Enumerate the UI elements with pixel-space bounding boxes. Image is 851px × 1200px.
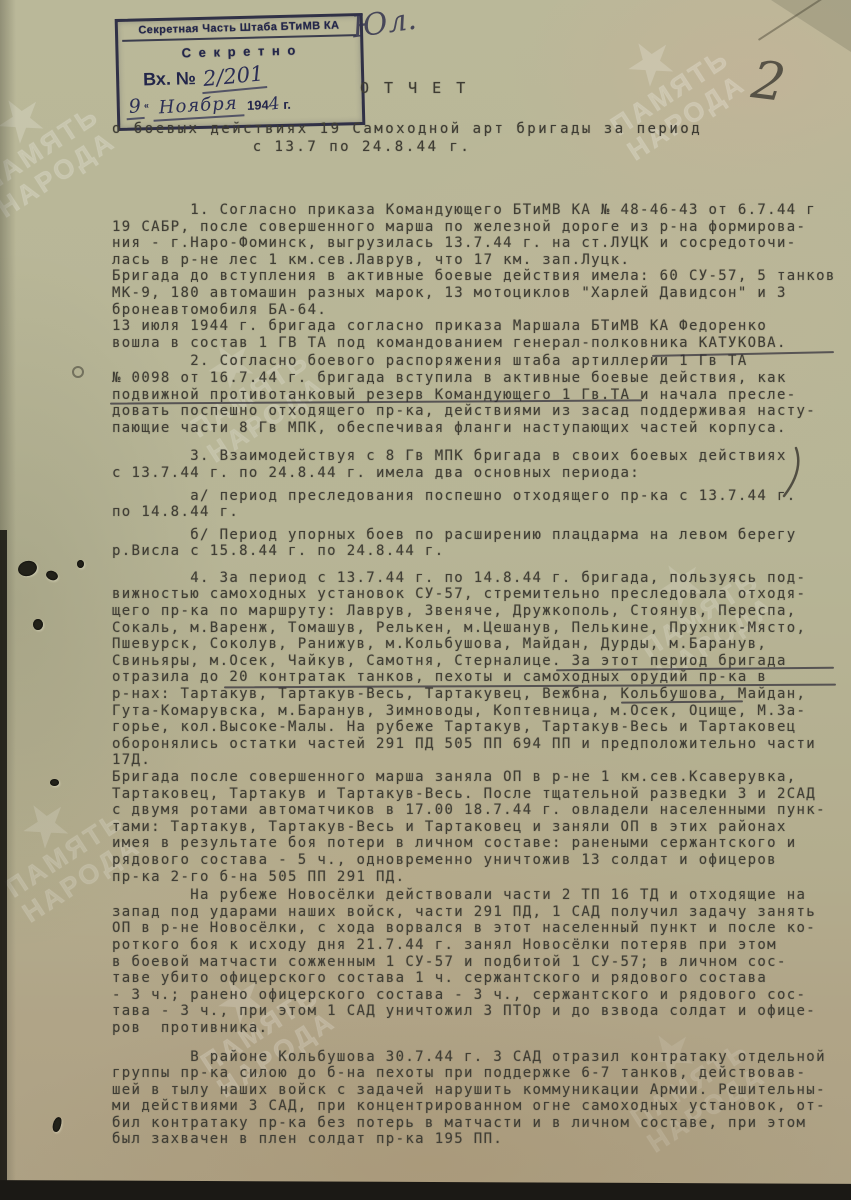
paragraph-4b: Бригада после совершенного марша заняла … [112, 769, 848, 885]
stamp-year-suffix: г. [283, 97, 291, 112]
text-line: р-нах: Тартакув, Тартакув-Весь, Тартакув… [112, 686, 848, 703]
paragraph-3: 3. Взаимодействуя с 8 Гв МПК бригада в с… [112, 448, 848, 481]
paragraph-1: 1. Согласно приказа Командующего БТиМВ К… [112, 202, 848, 351]
text-line: имея в результате боя потери в личном со… [112, 835, 848, 852]
text-line: 13 июля 1944 г. бригада согласно приказа… [112, 318, 848, 335]
text-line: МК-9, 180 автомашин разных марок, 13 мот… [112, 285, 848, 302]
paragraph-3b: б/ Период упорных боев по расширению пла… [112, 527, 848, 560]
secret-entry-stamp: Секретная Часть Штаба БТиМВ КА С е к р е… [115, 13, 366, 131]
text-line: запад под ударами наших войск, части 291… [112, 904, 848, 921]
star-icon: ★ [0, 771, 113, 878]
text-line: подвижной противотанковый резерв Команду… [112, 387, 848, 404]
document-body: 1. Согласно приказа Командующего БТиМВ К… [112, 202, 848, 1148]
text-line: б/ Период упорных боев по расширению пла… [112, 527, 848, 544]
report-title: О Т Ч Е Т [360, 79, 468, 97]
paragraph-4c: На рубеже Новосёлки действовали части 2 … [112, 887, 848, 1036]
text-line: пающие части 8 Гв МПК, обеспечивая фланг… [112, 420, 848, 437]
text-line: бронеавтомобиля БА-64. [112, 302, 848, 319]
text-line: отразила до 20 контратак танков, пехоты … [112, 669, 848, 686]
text-line: ОП в р-не Новосёлки, с хода ворвался в э… [112, 920, 848, 937]
paper-hole [45, 569, 59, 582]
text-line: ния - г.Наро-Фоминск, выгрузилась 13.7.4… [112, 235, 848, 252]
text-line: Сокаль, м.Варенж, Томашув, Релькен, м.Це… [112, 620, 848, 637]
text-line: № 0098 от 16.7.44 г. бригада вступила в … [112, 370, 848, 387]
text-line: 1. Согласно приказа Командующего БТиМВ К… [112, 202, 848, 219]
watermark-text: ПАМЯТЬ [0, 805, 129, 904]
text-line: пр-ка 2-го б-на 505 ПП 291 ПД. [112, 869, 848, 886]
archive-watermark: ★ ПАМЯТЬ НАРОДА [0, 66, 121, 223]
handwritten-page-number: 2 [748, 50, 788, 114]
stamp-secret-label: С е к р е т н о [118, 41, 360, 62]
paper-hole [77, 560, 84, 568]
text-line: оборонялись остатки частей 291 ПД 505 ПП… [112, 736, 848, 753]
ink-spot [52, 1116, 63, 1132]
text-line: вошла в состав 1 ГВ ТА под командованием… [112, 335, 848, 352]
scan-edge [0, 530, 7, 1200]
text-line: Бригада после совершенного марша заняла … [112, 769, 848, 786]
text-line: 2. Согласно боевого распоряжения штаба а… [112, 353, 848, 370]
text-line: по 14.8.44 г. [112, 504, 848, 521]
paper-hole [16, 559, 38, 578]
text-line: тава - 3 ч., при этом 1 САД уничтожил 3 … [112, 1003, 848, 1020]
stamp-entry-number: Вх. № 2/201 [143, 63, 266, 93]
handwritten-month: Ноября [152, 92, 244, 121]
handwritten-entry-number: 2/201 [200, 61, 267, 94]
stamp-entry-label: Вх. № [143, 68, 196, 89]
ink-spot [72, 366, 84, 378]
text-line: Бригада до вступления в активные боевые … [112, 268, 848, 285]
text-line: ми действиями 3 САД, при концентрированн… [112, 1098, 848, 1115]
text-line: таве убито офицерского состава 1 ч. серж… [112, 970, 848, 987]
text-line: ров противника. [112, 1020, 848, 1037]
handwritten-day: 9 [125, 95, 145, 120]
text-line: Пшевурск, Соколув, Ранижув, м.Кольбушова… [112, 636, 848, 653]
report-subtitle: о боевых действиях 19 Самоходной арт бри… [112, 120, 730, 156]
stamp-year-printed: 194 [247, 97, 269, 113]
text-line: тами: Тартакув, Тартакув-Весь и Тартаков… [112, 819, 848, 836]
paragraph-3a: а/ период преследования поспешно отходящ… [112, 488, 848, 521]
text-line: Гута-Комарувска, м.Баранув, Зимноводы, К… [112, 703, 848, 720]
text-line: В районе Кольбушова 30.7.44 г. 3 САД отр… [112, 1049, 848, 1066]
text-line: Свиньяры, м.Осек, Чайкув, Самотня, Стерн… [112, 653, 848, 670]
text-line: шей в тылу наших войск с задачей нарушит… [112, 1082, 848, 1099]
star-icon: ★ [584, 9, 719, 116]
text-line: На рубеже Новосёлки действовали части 2 … [112, 887, 848, 904]
text-line: рядового состава - 5 ч., одновременно ун… [112, 852, 848, 869]
text-line: группы пр-ка силою до б-на пехоты при по… [112, 1065, 848, 1082]
paper-hole [50, 779, 59, 786]
text-line: лась в р-не лес 1 км.сев.Лаврув, что 17 … [112, 252, 848, 269]
text-line: бил контратаку пр-ка без потерь в матчас… [112, 1115, 848, 1132]
stamp-header: Секретная Часть Штаба БТиМВ КА [122, 19, 356, 42]
page-corner-fold [771, 0, 851, 52]
text-line: 19 САБР, после совершенного марша по жел… [112, 219, 848, 236]
text-line: был захвачен в плен солдат пр-ка 195 ПП. [112, 1131, 848, 1148]
text-line: Тартаковец, Тартакув и Тартакув-Весь. По… [112, 786, 848, 803]
text-line: в боевой матчасти сожженным 1 СУ-57 и по… [112, 954, 848, 971]
text-line: с 13.7.44 г. по 24.8.44 г. имела два осн… [112, 465, 848, 482]
text-line: горье, кол.Высоке-Малы. На рубеже Тартак… [112, 719, 848, 736]
handwritten-year-digit: 4 [268, 94, 281, 115]
text-line: р.Висла с 15.8.44 г. по 24.8.44 г. [112, 543, 848, 560]
text-line: 4. За период с 13.7.44 г. по 14.8.44 г. … [112, 570, 848, 587]
text-line: - 3 ч.; ранено офицерского состава - 3 ч… [112, 987, 848, 1004]
text-line: щего пр-ка по маршруту: Лаврув, Звеняче,… [112, 603, 848, 620]
scan-background-strip [0, 1180, 851, 1200]
text-line: вижностью самоходных установок СУ-57, ст… [112, 586, 848, 603]
subtitle-line-2: с 13.7 по 24.8.44 г. [112, 138, 612, 156]
paper-hole [33, 619, 43, 630]
text-line: 17Д. [112, 752, 848, 769]
text-line: а/ период преследования поспешно отходящ… [112, 488, 848, 505]
text-line: роткого боя к исходу дня 21.7.44 г. заня… [112, 937, 848, 954]
paragraph-4: 4. За период с 13.7.44 г. по 14.8.44 г. … [112, 570, 848, 769]
text-line: с двумя ротами автоматчиков в 17.00 18.7… [112, 802, 848, 819]
paragraph-4d: В районе Кольбушова 30.7.44 г. 3 САД отр… [112, 1049, 848, 1149]
scanned-document-page: ★ ПАМЯТЬ НАРОДА ★ ПАМЯТЬ НАРОДА ★ ПАМЯТЬ… [0, 0, 851, 1200]
text-line: 3. Взаимодействуя с 8 Гв МПК бригада в с… [112, 448, 848, 465]
stamp-date: 9« Ноября 1944 г. [126, 92, 292, 121]
paragraph-2: 2. Согласно боевого распоряжения штаба а… [112, 353, 848, 436]
quote-mark: « [144, 100, 149, 110]
watermark-text: НАРОДА [0, 125, 121, 224]
handwritten-initials: Юл. [350, 2, 419, 46]
text-line: довать поспешно отходящего пр-ка, действ… [112, 403, 848, 420]
subtitle-line-1: о боевых действиях 19 Самоходной арт бри… [112, 120, 730, 138]
